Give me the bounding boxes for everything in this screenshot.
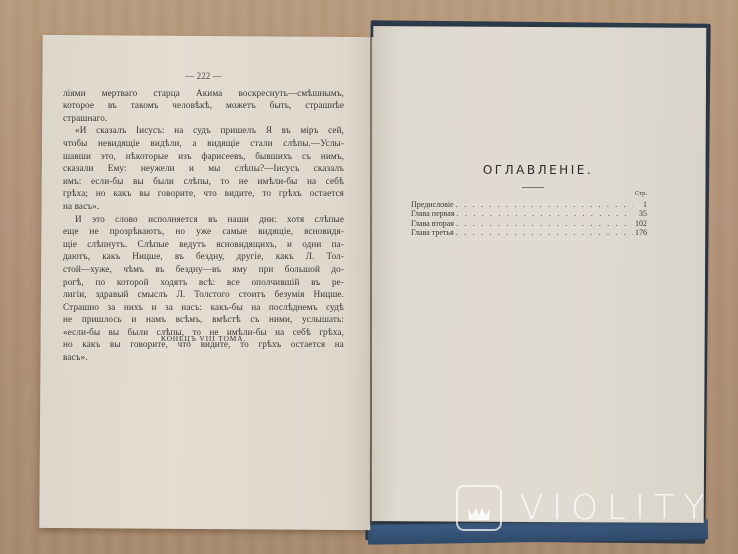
text-line: щiе слѣпнутъ. Слѣпые ведутъ ясновидящихъ… [63,238,344,251]
text-line: которое въ такомъ человѣкѣ, можетъ быть,… [63,99,344,112]
text-line: «И сказалъ Iисусъ: на судъ пришелъ Я въ … [63,124,344,137]
left-page-text: — 222 — лiями мертваго старца Акима воск… [63,70,344,364]
text-line: стой—хуже, чѣмъ въ бездну—въ яму при бол… [63,263,344,276]
right-page [371,26,707,523]
text-line: сказали Ему: неужели и мы слѣпы?—Iисусъ … [63,162,344,175]
toc-entry-page: 35 [633,209,647,218]
page-number: — 222 — [63,70,344,83]
toc-leader-dots: . . . . . . . . . . . . . . . . . . . . … [455,209,633,218]
toc-entry-label: Предисловiе [411,200,454,209]
text-line: на васъ». [63,200,344,213]
text-line: имъ: если-бы вы были слѣпы, то не имѣли-… [63,175,344,188]
toc-entry-page: 176 [633,228,647,237]
book-gutter [370,36,372,526]
toc-entry: Предисловiе . . . . . . . . . . . . . . … [411,200,647,209]
watermark-text: VIOLITY [520,488,714,528]
text-line: еще не прозрѣваютъ, но уже самые видящiе… [63,225,344,238]
toc-entry-page: 1 [633,200,647,209]
text-line: лигiи, здравый смыслъ Л. Толстого стоитъ… [63,288,344,301]
toc-entry: Глава третья . . . . . . . . . . . . . .… [411,228,647,237]
end-of-volume-mark: КОНЕЦЪ VIII ТОМА. [63,334,344,343]
text-line: даютъ, какъ Ницше, въ бездну, другiе, ка… [63,250,344,263]
toc-entry: Глава первая . . . . . . . . . . . . . .… [411,209,647,218]
toc-entry-label: Глава вторая [411,219,454,228]
crown-icon [456,485,502,531]
toc-leader-dots: . . . . . . . . . . . . . . . . . . . . … [454,228,633,237]
toc-leader-dots: . . . . . . . . . . . . . . . . . . . . … [454,219,633,228]
toc-entry-page: 102 [633,219,647,228]
text-line: не пришлось и намъ всѣмъ, вмѣстѣ съ ними… [63,313,344,326]
text-line: грѣха; но какъ вы говорите, что видите, … [63,187,344,200]
toc-page-column-header: Стр. [411,190,647,200]
toc-entry: Глава вторая . . . . . . . . . . . . . .… [411,219,647,228]
toc-entry-label: Глава третья [411,228,454,237]
toc-divider [522,187,544,188]
text-line: И это слово исполняется въ наши дни: хот… [63,213,344,226]
text-line: Страшно за нихъ и за насъ: какъ-бы на по… [63,301,344,314]
toc-title: ОГЛАВЛЕНIЕ. [392,163,684,177]
text-line: шавши это, нѣкоторые изъ фарисеевъ, бывш… [63,150,344,163]
text-line: васъ». [63,351,344,364]
watermark: VIOLITY [456,482,714,534]
toc-entry-label: Глава первая [411,209,455,218]
toc-leader-dots: . . . . . . . . . . . . . . . . . . . . … [454,200,633,209]
table-of-contents: Стр. Предисловiе . . . . . . . . . . . .… [411,190,647,238]
text-line: страшнаго. [63,112,344,125]
text-line: чтобы невидящiе видѣли, а видящiе стали … [63,137,344,150]
text-line: лiями мертваго старца Акима воскреснуть—… [63,87,344,100]
text-line: рогѣ, по которой ходятъ всѣ: все ополчив… [63,276,344,289]
